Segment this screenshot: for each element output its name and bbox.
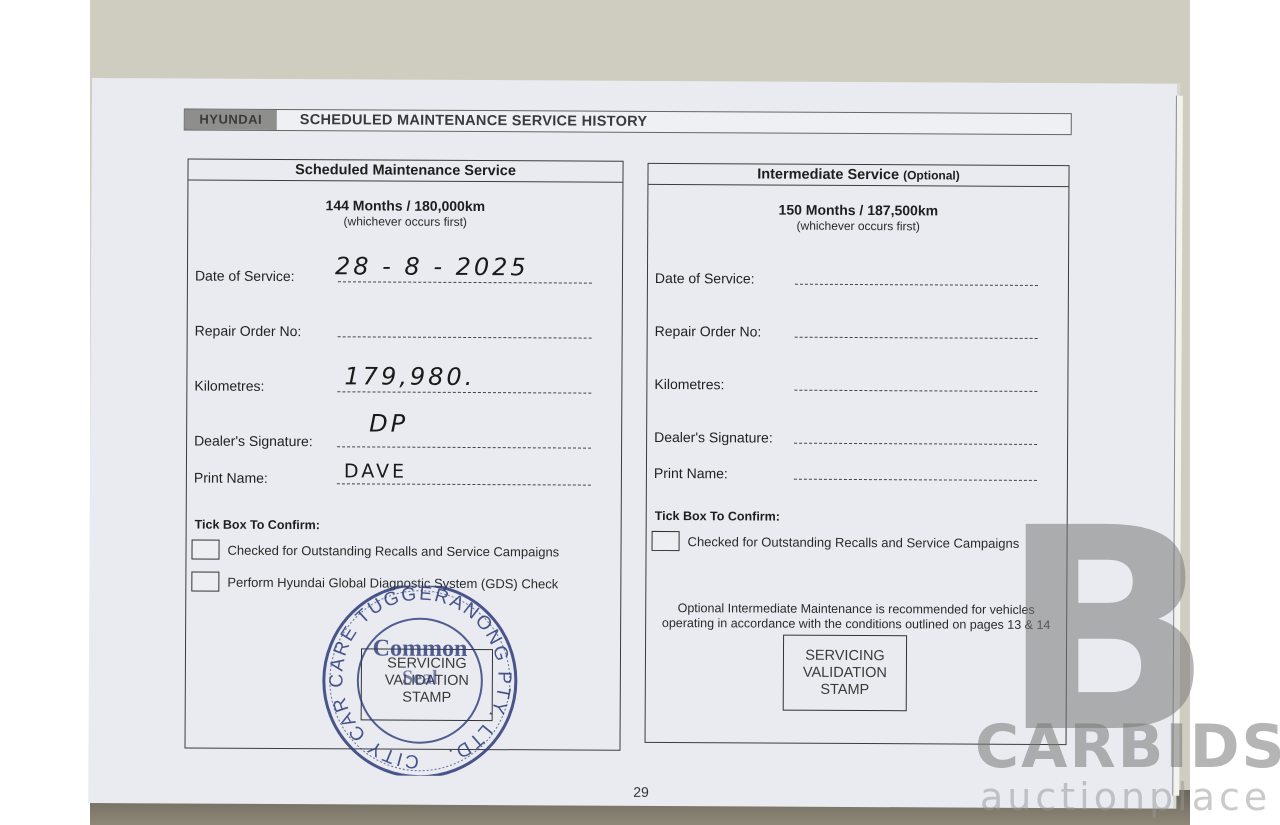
interval-note: (whichever occurs first) bbox=[188, 214, 622, 230]
date-of-service-field[interactable]: Date of Service: bbox=[655, 262, 1038, 290]
brand-label: HYUNDAI bbox=[185, 109, 277, 129]
panel-title: Intermediate Service (Optional) bbox=[648, 164, 1068, 187]
field-label: Repair Order No: bbox=[195, 323, 302, 340]
repair-order-field[interactable]: Repair Order No: bbox=[195, 315, 592, 343]
field-label: Kilometres: bbox=[654, 376, 724, 392]
recalls-checkbox[interactable] bbox=[652, 531, 680, 551]
note-line: operating in accordance with the conditi… bbox=[646, 616, 1066, 633]
repair-order-field[interactable]: Repair Order No: bbox=[655, 315, 1038, 343]
interval-note: (whichever occurs first) bbox=[648, 218, 1068, 234]
field-line bbox=[795, 284, 1038, 286]
checkbox-label: Checked for Outstanding Recalls and Serv… bbox=[227, 542, 559, 559]
page-header: HYUNDAI SCHEDULED MAINTENANCE SERVICE HI… bbox=[184, 108, 1072, 135]
stamp-label-line: STAMP bbox=[784, 682, 906, 700]
date-of-service-field[interactable]: Date of Service: 28 - 8 - 2025 bbox=[195, 260, 592, 288]
stamp-label-line: SERVICING bbox=[784, 648, 906, 666]
tick-box-heading: Tick Box To Confirm: bbox=[655, 509, 780, 524]
field-label: Dealer's Signature: bbox=[654, 429, 773, 446]
field-label: Date of Service: bbox=[655, 270, 755, 287]
tick-box-heading: Tick Box To Confirm: bbox=[195, 518, 320, 533]
field-line bbox=[337, 483, 591, 485]
field-label: Dealer's Signature: bbox=[194, 433, 313, 450]
field-line bbox=[794, 479, 1037, 481]
service-interval: 150 Months / 187,500km bbox=[648, 201, 1068, 219]
field-label: Print Name: bbox=[194, 470, 268, 486]
dealer-seal-stamp: CITY CAR CARE TUGGERANONG PTY. LTD. Comm… bbox=[317, 585, 523, 776]
field-line bbox=[795, 337, 1038, 339]
page-number: 29 bbox=[633, 784, 649, 800]
stamp-label-line: VALIDATION bbox=[784, 665, 906, 683]
field-line bbox=[338, 281, 592, 283]
handwritten-name: DAVE bbox=[344, 460, 407, 482]
service-book-page: HYUNDAI SCHEDULED MAINTENANCE SERVICE HI… bbox=[88, 78, 1180, 809]
intermediate-maintenance-note: Optional Intermediate Maintenance is rec… bbox=[646, 601, 1066, 633]
kilometres-field[interactable]: Kilometres: bbox=[654, 368, 1037, 396]
field-label: Kilometres: bbox=[194, 378, 264, 394]
recalls-checkbox[interactable] bbox=[191, 540, 219, 560]
gds-checkbox[interactable] bbox=[191, 572, 219, 592]
kilometres-field[interactable]: Kilometres: 179,980. bbox=[194, 370, 591, 398]
service-interval: 144 Months / 180,000km bbox=[188, 197, 622, 215]
panel-title-text: Intermediate Service bbox=[757, 166, 899, 183]
recalls-checkbox-row[interactable]: Checked for Outstanding Recalls and Serv… bbox=[652, 531, 1020, 553]
scheduled-service-panel: Scheduled Maintenance Service 144 Months… bbox=[184, 159, 623, 751]
field-line bbox=[338, 336, 592, 338]
field-label: Date of Service: bbox=[195, 268, 295, 285]
checkbox-label: Checked for Outstanding Recalls and Serv… bbox=[688, 534, 1020, 551]
svg-text:Seal: Seal bbox=[402, 667, 438, 689]
field-line bbox=[794, 443, 1037, 445]
field-line bbox=[337, 391, 591, 393]
field-label: Repair Order No: bbox=[655, 323, 762, 340]
handwritten-signature: DP bbox=[369, 409, 408, 437]
recalls-checkbox-row[interactable]: Checked for Outstanding Recalls and Serv… bbox=[191, 540, 559, 562]
dealer-signature-field[interactable]: Dealer's Signature: DP bbox=[194, 425, 591, 453]
page-title: SCHEDULED MAINTENANCE SERVICE HISTORY bbox=[300, 110, 648, 132]
dealer-signature-field[interactable]: Dealer's Signature: bbox=[654, 421, 1037, 449]
handwritten-kilometres: 179,980. bbox=[344, 362, 475, 391]
print-name-field[interactable]: Print Name: bbox=[654, 457, 1037, 485]
svg-text:Common: Common bbox=[373, 635, 468, 661]
field-label: Print Name: bbox=[654, 465, 728, 481]
intermediate-service-panel: Intermediate Service (Optional) 150 Mont… bbox=[645, 163, 1070, 745]
optional-label: (Optional) bbox=[903, 168, 960, 182]
handwritten-date: 28 - 8 - 2025 bbox=[335, 252, 529, 281]
field-line bbox=[337, 446, 591, 448]
servicing-validation-stamp-box: SERVICING VALIDATION STAMP bbox=[783, 635, 907, 712]
print-name-field[interactable]: Print Name: DAVE bbox=[194, 462, 591, 490]
field-line bbox=[794, 390, 1037, 392]
panel-title: Scheduled Maintenance Service bbox=[188, 160, 622, 183]
